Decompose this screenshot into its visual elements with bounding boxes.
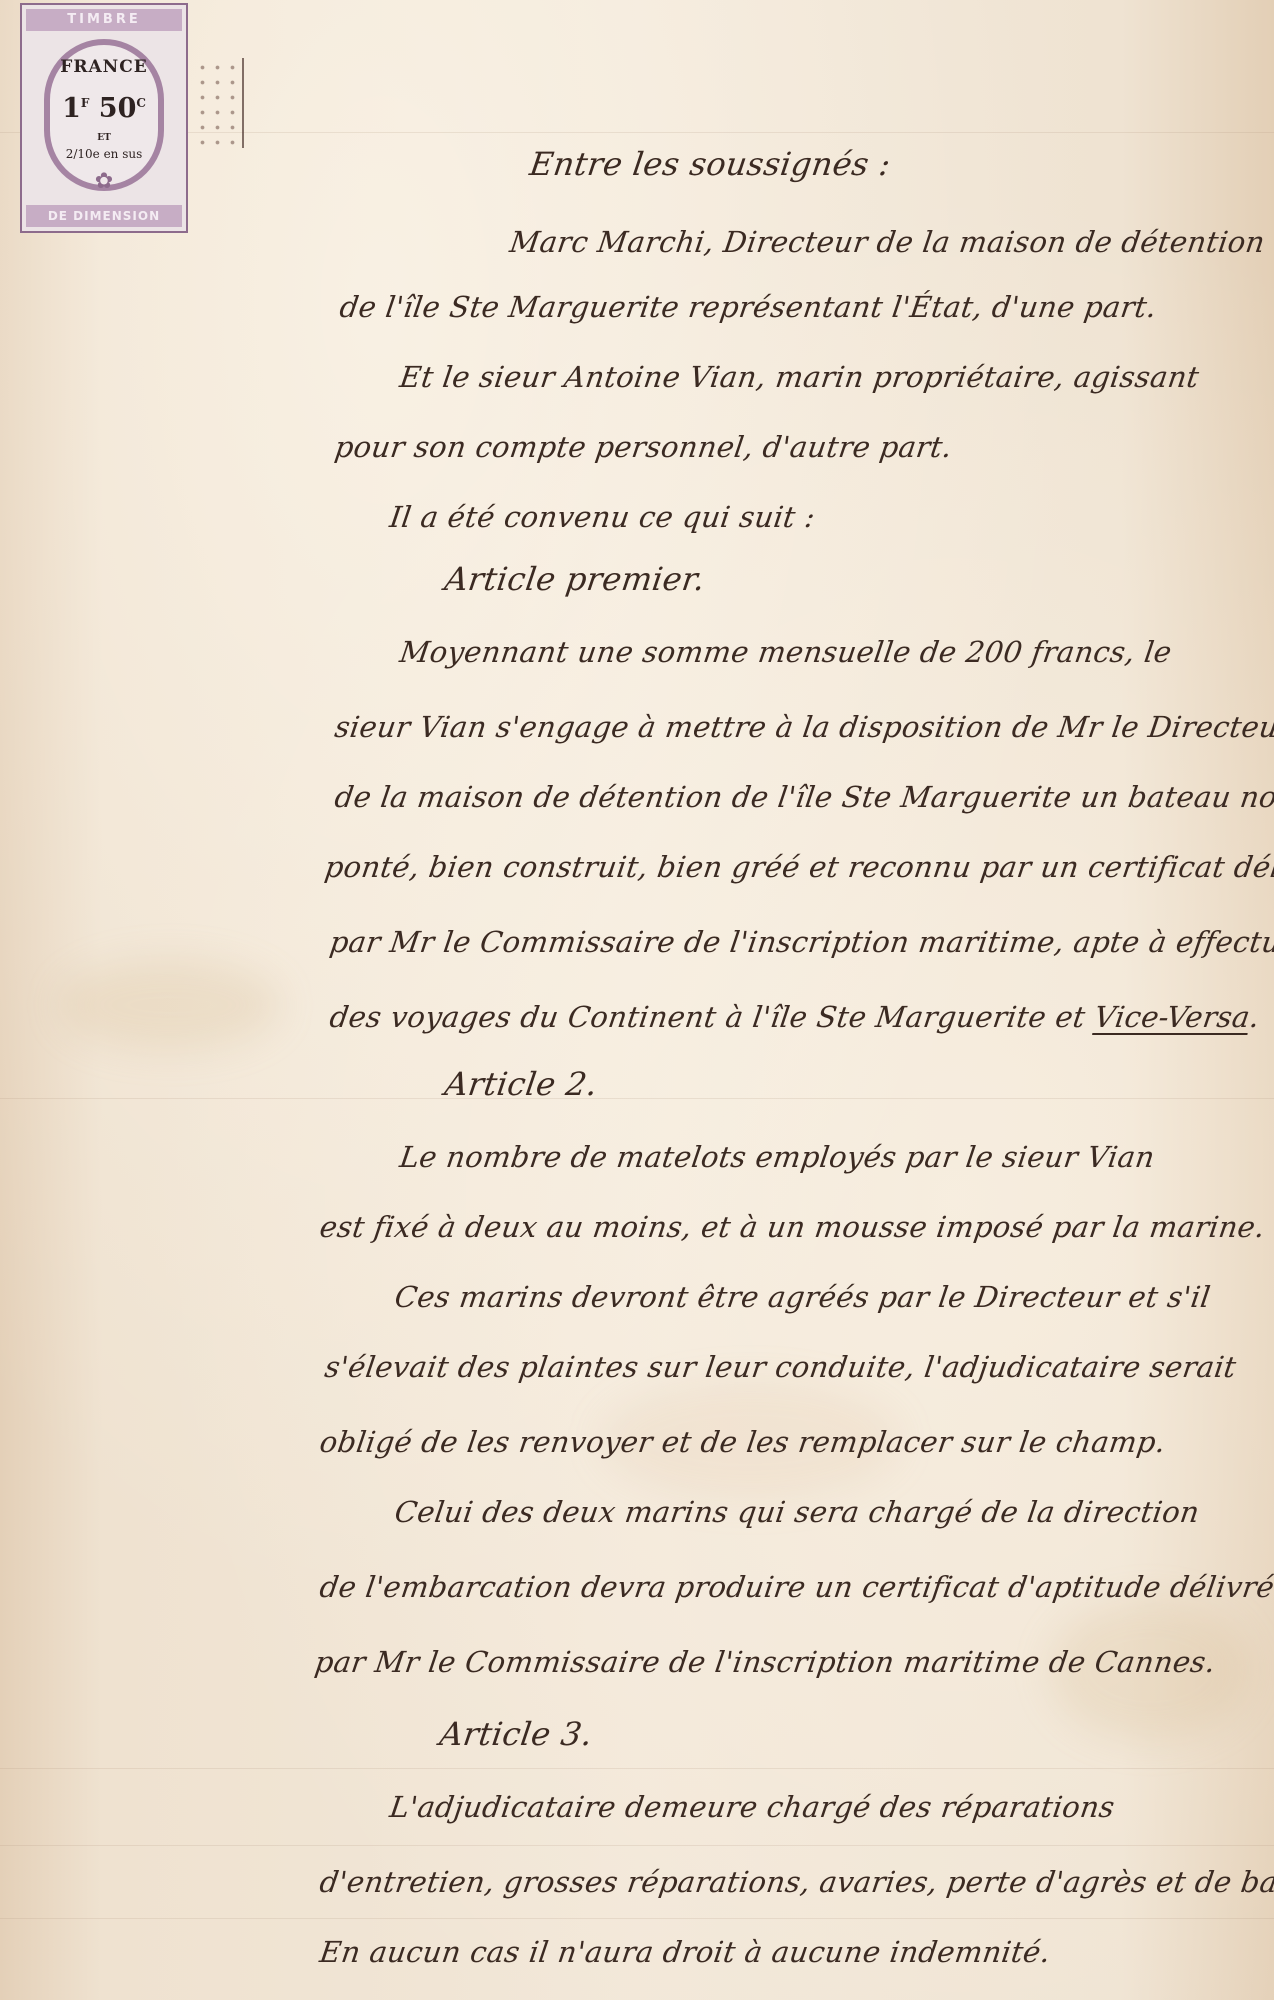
article-2-line: Celui des deux marins qui sera chargé de…: [393, 1495, 1202, 1529]
stamp-value-cent-unit: C: [136, 96, 146, 110]
party-line-3: Et le sieur Antoine Vian, marin propriét…: [398, 360, 1202, 394]
article-1-last-line-text: des voyages du Continent à l'île Ste Mar…: [328, 1000, 1097, 1034]
article-2-line: s'élevait des plaintes sur leur conduite…: [323, 1350, 1239, 1384]
party-line-1: Marc Marchi, Directeur de la maison de d…: [508, 225, 1268, 259]
stamp-value-franc-unit: F: [81, 96, 90, 110]
agreed-line: Il a été convenu ce qui suit :: [388, 500, 818, 534]
paper-stain: [60, 960, 280, 1050]
article-2-title: Article 2.: [442, 1065, 600, 1103]
article-1-line: ponté, bien construit, bien gréé et reco…: [323, 850, 1274, 884]
perforation-dots: [195, 60, 240, 150]
stamp-value-cents: 50: [99, 93, 137, 124]
ruled-line: [0, 1768, 1274, 1769]
article-1-line: de la maison de détention de l'île Ste M…: [333, 780, 1274, 814]
stamp-top-label: TIMBRE: [26, 9, 182, 31]
stamp-country: FRANCE: [22, 57, 186, 77]
article-2-line: Le nombre de matelots employés par le si…: [398, 1140, 1157, 1174]
article-1-last-line: des voyages du Continent à l'île Ste Mar…: [328, 1000, 1262, 1034]
stamp-bottom-label: DE DIMENSION: [26, 205, 182, 227]
stamp-value: 1F 50C: [22, 93, 186, 124]
article-2-line: obligé de les renvoyer et de les remplac…: [318, 1425, 1168, 1459]
stamp-et: ET: [22, 133, 186, 143]
ruled-line: [0, 132, 1274, 133]
revenue-stamp: TIMBRE FRANCE 1F 50C ET 2/10e en sus ✿ D…: [20, 3, 188, 233]
article-2-line: Ces marins devront être agréés par le Di…: [393, 1280, 1213, 1314]
article-3-line: En aucun cas il n'aura droit à aucune in…: [318, 1935, 1053, 1969]
ruled-line: [0, 1918, 1274, 1919]
cancellation-mark: [242, 58, 244, 148]
stamp-value-francs: 1: [62, 93, 81, 124]
party-line-4: pour son compte personnel, d'autre part.: [333, 430, 955, 464]
article-1-title: Article premier.: [442, 560, 707, 598]
article-3-line: L'adjudicataire demeure chargé des répar…: [388, 1790, 1117, 1824]
stamp-surtax: 2/10e en sus: [22, 147, 186, 161]
manuscript-page: TIMBRE FRANCE 1F 50C ET 2/10e en sus ✿ D…: [0, 0, 1274, 2000]
rosette-icon: ✿: [22, 169, 186, 194]
ruled-line: [0, 1098, 1274, 1099]
article-1-line: par Mr le Commissaire de l'inscription m…: [328, 925, 1274, 959]
article-2-line: est fixé à deux au moins, et à un mousse…: [318, 1210, 1268, 1244]
article-2-line: par Mr le Commissaire de l'inscription m…: [313, 1645, 1218, 1679]
article-3-line: d'entretien, grosses réparations, avarie…: [318, 1865, 1274, 1899]
ruled-line: [0, 1845, 1274, 1846]
party-line-2: de l'île Ste Marguerite représentant l'É…: [338, 290, 1159, 324]
article-1-line: sieur Vian s'engage à mettre à la dispos…: [333, 710, 1274, 744]
article-3-title: Article 3.: [437, 1715, 595, 1753]
article-2-line: de l'embarcation devra produire un certi…: [318, 1570, 1274, 1604]
article-1-line: Moyennant une somme mensuelle de 200 fra…: [398, 635, 1174, 669]
vice-versa-underlined: Vice-Versa: [1092, 1000, 1252, 1034]
intro-line: Entre les soussignés :: [527, 145, 893, 183]
